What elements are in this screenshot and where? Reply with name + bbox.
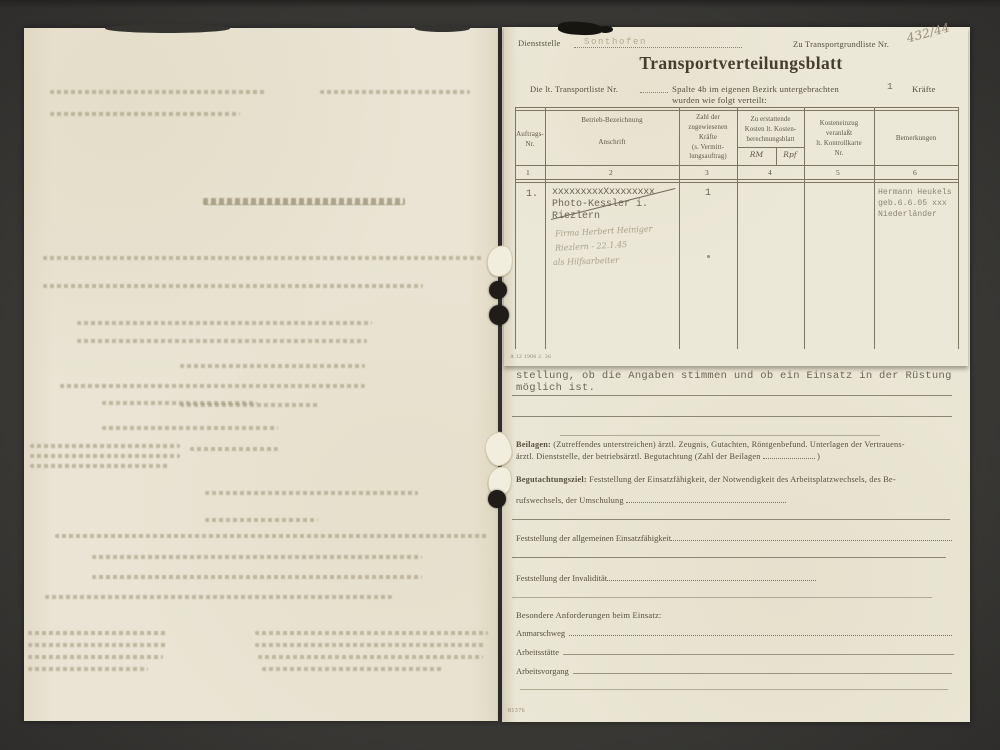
row-auftragsnr: 1. [526,189,538,200]
beilagen-paragraph: Beilagen: (Zutreffendes unterstreichen) … [516,439,956,462]
ghost-text-line [102,401,257,405]
col-bemerkungen-header: Bemerkungen [874,133,958,143]
beilagen-close-paren: ) [817,452,820,461]
row-kraefte-count: 1 [705,188,711,199]
table-border [958,107,959,349]
ghost-text-line [255,631,488,635]
ghost-text-line [30,454,180,458]
col-kosten-header: Zu erstattende Kosten lt. Kosten- berech… [737,115,804,145]
row-bemerkung-line1: Hermann Heukels [878,188,952,197]
table-border [515,179,958,180]
col-kosteneinzug-header: Kosteneinzug veranlaßt lt. Kontrollkarte… [804,119,874,158]
begutachtungsziel-line2: rufswechsels, der Umschulung [516,494,786,505]
field-arbeitsvorgang: Arbeitsvorgang [516,665,952,676]
typed-paragraph-line2: möglich ist. [516,382,595,394]
transportgrundliste-number: 432/44 [905,20,951,46]
dienststelle-label: Dienststelle [518,38,561,48]
col-kraefte-header: Zahl der zugewiesenen Kräfte (s. Vermitt… [679,113,737,162]
intro-count-typed: 1 [887,81,893,92]
transportgrundliste-label: Zu Transportgrundliste Nr. [793,39,889,49]
transportverteilungsblatt-card: Dienststelle Sonthofen Zu Transportgrund… [504,27,968,366]
field-invaliditaet: Feststellung der Invalidität [516,572,816,583]
ghost-text-line [28,643,168,647]
ghost-text-line [205,518,318,522]
pencil-note-line3: als Hilfsarbeiter [553,256,619,267]
distribution-table: Auftrags- Nr. Betrieb-Bezeichnung Anschr… [515,107,958,349]
ghost-text-line [92,575,422,579]
ghost-text-line [50,90,265,94]
punch-hole [488,490,506,508]
ghost-text-line [77,339,367,343]
typed-paragraph-line1: stellung, ob die Angaben stimmen und ob … [516,370,952,382]
ghost-text-line [262,667,442,671]
ghost-text-line [45,595,392,599]
field-arbeitsstaette-label: Arbeitsstätte [516,647,559,657]
faint-mark [707,255,710,258]
ghost-text-line [50,112,240,116]
ghost-text-line [320,90,470,94]
table-border [515,165,958,166]
punch-hole [489,305,509,325]
left-page-verso [24,28,498,721]
field-arbeitsstaette-blank [563,646,954,655]
ghost-text-line [205,491,418,495]
ghost-text-line [258,655,483,659]
col-auftragsnr-header: Auftrags- Nr. [515,129,545,149]
field-arbeitsvorgang-blank [573,665,952,674]
ruled-line [512,416,952,417]
card-print-code: A 12 1906 2. 36 [510,354,551,360]
ghost-text-line [77,321,372,325]
ghost-text-line [180,364,365,368]
ruled-line [512,557,946,558]
ghost-text-line [190,447,278,451]
intro-part3: Kräfte [912,84,936,94]
beilagen-text-2: ärztl. Dienststelle, der betriebsärztl. … [516,452,761,461]
table-border [874,107,875,349]
row-betrieb-name: Photo-Kessler i. [552,199,648,210]
ghost-text-line [30,444,180,448]
ruled-line [512,597,932,598]
ghost-text-line [55,534,488,538]
ghost-text-line [43,256,483,260]
torn-edge [105,24,230,33]
ghost-text-line [28,655,163,659]
col-kosten-sub-rm: RM [737,150,776,161]
begutachtungsziel-blank [626,494,786,503]
intro-part2: Spalte 4b im eigenen Bezirk untergebrach… [672,84,839,94]
punch-hole [489,281,507,299]
field-arbeitsstaette: Arbeitsstätte [516,646,954,657]
ghost-text-line [203,198,405,205]
row-bemerkung-line2: geb.6.6.05 xxx [878,199,947,208]
field-invaliditaet-blank [607,572,816,581]
field-einsatzfaehigkeit-label: Feststellung der allgemeinen Einsatzfähi… [516,533,671,543]
beilagen-count-blank [763,450,815,459]
ghost-text-line [102,426,278,430]
intro-blank [640,84,668,93]
page-print-code: 81376 [508,708,525,714]
begutachtungsziel-label: Begutachtungsziel: [516,475,587,484]
col-betrieb-header: Betrieb-Bezeichnung [545,115,679,125]
field-einsatzfaehigkeit: Feststellung der allgemeinen Einsatzfähi… [516,532,952,543]
col-betrieb-header2: Anschrift [545,137,679,147]
ruled-line [512,519,950,520]
row-bemerkung-line3: Niederländer [878,210,937,219]
scan-edge-shadow [0,0,1000,8]
field-einsatzfaehigkeit-blank [671,532,952,541]
ghost-text-line [255,643,485,647]
table-border [737,147,804,148]
ghost-text-line [30,464,170,468]
begutachtungsziel-line1: Begutachtungsziel: Feststellung der Eins… [516,475,896,484]
intro-part1: Die lt. Transportliste Nr. [530,84,618,94]
card-title: Transportverteilungsblatt [504,53,968,74]
intro-part4: wurden wie folgt verteilt: [672,95,767,105]
ghost-text-line [28,667,148,671]
torn-edge [415,25,470,32]
pencil-note-line2: Riezlern - 22.1.45 [555,240,627,253]
ruled-line [520,689,948,690]
beilagen-text-1: (Zutreffendes unterstreichen) ärztl. Zeu… [553,440,905,449]
field-besondere-label: Besondere Anforderungen beim Einsatz: [516,610,661,620]
field-anmarschweg-label: Anmarschweg [516,628,565,638]
ruled-line [512,395,952,396]
pencil-note-line1: Firma Herbert Heiniger [555,224,653,238]
field-invaliditaet-label: Feststellung der Invalidität [516,573,607,583]
ghost-text-line [92,555,422,559]
scanned-document-background: stellung, ob die Angaben stimmen und ob … [0,0,1000,750]
dienststelle-value: Sonthofen [584,37,647,47]
field-arbeitsvorgang-label: Arbeitsvorgang [516,666,569,676]
field-anmarschweg-blank [569,627,952,636]
begutachtungsziel-text: Feststellung der Einsatzfähigkeit, der N… [589,475,896,484]
beilagen-label: Beilagen: [516,440,551,449]
ghost-text-line [60,384,365,388]
table-border [515,182,958,183]
field-anmarschweg: Anmarschweg [516,627,952,638]
ghost-text-line [43,284,423,288]
col-kosten-sub-rpf: Rpf [776,150,804,161]
ghost-text-line [28,631,168,635]
ruled-line [560,435,880,436]
